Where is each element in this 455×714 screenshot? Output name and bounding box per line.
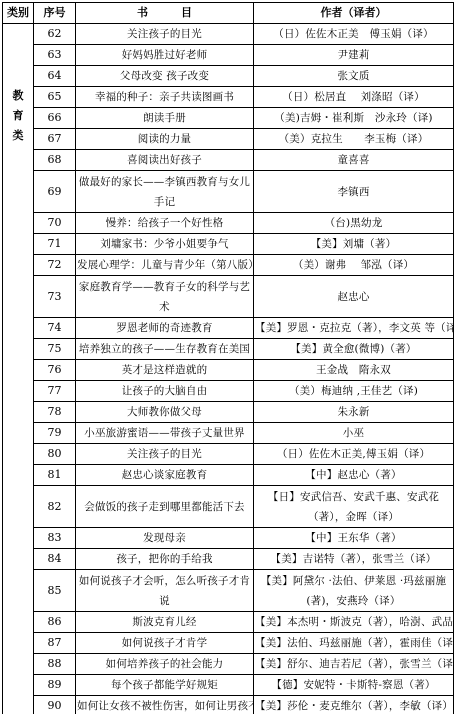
row-number: 85 (34, 570, 76, 612)
book-title: 如何说孩子才肯学 (76, 633, 254, 654)
book-title: 孩子，把你的手给我 (76, 549, 254, 570)
row-number: 83 (34, 528, 76, 549)
row-number: 69 (34, 171, 76, 213)
table-row: 80关注孩子的目光（日）佐佐木正美,傅玉娟（译） (3, 444, 454, 465)
table-row: 68喜阅读出好孩子童喜喜 (3, 150, 454, 171)
book-author: 尹建莉 (254, 45, 454, 66)
category-char: 育 (4, 106, 32, 126)
header-number: 序号 (34, 3, 76, 24)
category-char: 教 (4, 86, 32, 106)
book-title: 发展心理学：儿童与青少年（第八版） (76, 255, 254, 276)
book-title: 父母改变 孩子改变 (76, 66, 254, 87)
book-title: 罗恩老师的奇迹教育 (76, 318, 254, 339)
row-number: 90 (34, 696, 76, 714)
book-author: 【美】黄全愈(微博)（著） (254, 339, 454, 360)
table-row: 82会做饭的孩子走到哪里都能活下去【日】安武信吾、安武千惠、安武花（著），金晖（… (3, 486, 454, 528)
table-row: 88如何培养孩子的社会能力【美】舒尔、迪吉若尼（著），张雪兰（译) (3, 654, 454, 675)
book-title: 关注孩子的目光 (76, 444, 254, 465)
row-number: 88 (34, 654, 76, 675)
category-cell: 教育类 (3, 24, 34, 714)
header-title: 书 目 (76, 3, 254, 24)
book-author: （台)黑幼龙 (254, 213, 454, 234)
table-row: 73家庭教育学——教育子女的科学与艺术赵忠心 (3, 276, 454, 318)
book-title: 关注孩子的目光 (76, 24, 254, 45)
book-title: 大师教你做父母 (76, 402, 254, 423)
book-title: 赵忠心谈家庭教育 (76, 465, 254, 486)
header-author: 作者（译者） (254, 3, 454, 24)
table-row: 83发现母亲【中】王东华（著） (3, 528, 454, 549)
row-number: 66 (34, 108, 76, 129)
book-author: 【日】安武信吾、安武千惠、安武花（著），金晖（译） (254, 486, 454, 528)
row-number: 81 (34, 465, 76, 486)
table-row: 75培养独立的孩子——生存教育在美国【美】黄全愈(微博)（著） (3, 339, 454, 360)
book-author: 童喜喜 (254, 150, 454, 171)
book-author: 王金战 隋永双 (254, 360, 454, 381)
book-author: （日）松居直 刘涤昭（译） (254, 87, 454, 108)
table-row: 72发展心理学：儿童与青少年（第八版）（美）谢弗 邹泓（译） (3, 255, 454, 276)
row-number: 79 (34, 423, 76, 444)
row-number: 80 (34, 444, 76, 465)
table-row: 86斯波克育儿经【美】本杰明・斯波克（著），哈澍、武品 (3, 612, 454, 633)
row-number: 73 (34, 276, 76, 318)
table-row: 74罗恩老师的奇迹教育【美】罗恩・克拉克（著），李文英 等（译） (3, 318, 454, 339)
book-author: 【美】莎伦・麦克维尔（著），李敏（译） (254, 696, 454, 714)
table-row: 66朗读手册（美)吉姆・崔利斯 沙永玲（译) (3, 108, 454, 129)
book-author: 【美】刘墉（著） (254, 234, 454, 255)
table-row: 67阅读的力量（美）克拉生 李玉梅（译） (3, 129, 454, 150)
table-row: 79小巫旅游蜜语——带孩子丈量世界小巫 (3, 423, 454, 444)
book-author: （日）佐佐木正美,傅玉娟（译） (254, 444, 454, 465)
book-author: 【美】罗恩・克拉克（著），李文英 等（译） (254, 318, 454, 339)
row-number: 86 (34, 612, 76, 633)
table-row: 教育类62关注孩子的目光（日）佐佐木正美 傅玉娟（译） (3, 24, 454, 45)
row-number: 82 (34, 486, 76, 528)
book-author: 小巫 (254, 423, 454, 444)
book-author: （美）谢弗 邹泓（译） (254, 255, 454, 276)
book-author: 【中】王东华（著） (254, 528, 454, 549)
row-number: 71 (34, 234, 76, 255)
book-author: 【美】本杰明・斯波克（著），哈澍、武品 (254, 612, 454, 633)
row-number: 77 (34, 381, 76, 402)
book-title: 朗读手册 (76, 108, 254, 129)
table-row: 65幸福的种子：亲子共读图画书（日）松居直 刘涤昭（译） (3, 87, 454, 108)
book-author: 【美】吉诺特（著），张雪兰（译） (254, 549, 454, 570)
book-title: 每个孩子都能学好规矩 (76, 675, 254, 696)
table-row: 69做最好的家长——李镇西教育与女儿手记李镇西 (3, 171, 454, 213)
book-title: 喜阅读出好孩子 (76, 150, 254, 171)
book-author: 【美】阿黛尔 ·法伯、伊莱恩 ·玛兹丽施(著)，安燕玲（译） (254, 570, 454, 612)
book-title: 好妈妈胜过好老师 (76, 45, 254, 66)
row-number: 64 (34, 66, 76, 87)
book-title: 如何培养孩子的社会能力 (76, 654, 254, 675)
book-title: 发现母亲 (76, 528, 254, 549)
row-number: 75 (34, 339, 76, 360)
book-author: （美)吉姆・崔利斯 沙永玲（译) (254, 108, 454, 129)
book-author: 【美】法伯、玛兹丽施（著），霍雨佳（译) (254, 633, 454, 654)
header-row: 类别 序号 书 目 作者（译者） (3, 3, 454, 24)
book-title: 慢养：给孩子一个好性格 (76, 213, 254, 234)
book-title: 幸福的种子：亲子共读图画书 (76, 87, 254, 108)
table-row: 63好妈妈胜过好老师尹建莉 (3, 45, 454, 66)
book-author: （美）克拉生 李玉梅（译） (254, 129, 454, 150)
book-author: （日）佐佐木正美 傅玉娟（译） (254, 24, 454, 45)
book-title: 阅读的力量 (76, 129, 254, 150)
table-row: 76英才是这样造就的王金战 隋永双 (3, 360, 454, 381)
header-category: 类别 (3, 3, 34, 24)
row-number: 74 (34, 318, 76, 339)
book-title: 做最好的家长——李镇西教育与女儿手记 (76, 171, 254, 213)
book-title: 如何说孩子才会听，怎么听孩子才肯说 (76, 570, 254, 612)
table-row: 78大师教你做父母朱永新 (3, 402, 454, 423)
row-number: 89 (34, 675, 76, 696)
row-number: 62 (34, 24, 76, 45)
book-title: 培养独立的孩子——生存教育在美国 (76, 339, 254, 360)
row-number: 68 (34, 150, 76, 171)
row-number: 78 (34, 402, 76, 423)
row-number: 84 (34, 549, 76, 570)
book-title: 家庭教育学——教育子女的科学与艺术 (76, 276, 254, 318)
book-author: 李镇西 (254, 171, 454, 213)
book-list-table: 类别 序号 书 目 作者（译者） 教育类62关注孩子的目光（日）佐佐木正美 傅玉… (2, 2, 454, 714)
book-title: 会做饭的孩子走到哪里都能活下去 (76, 486, 254, 528)
book-author: 张文质 (254, 66, 454, 87)
book-title: 小巫旅游蜜语——带孩子丈量世界 (76, 423, 254, 444)
row-number: 67 (34, 129, 76, 150)
book-author: 【中】赵忠心（著） (254, 465, 454, 486)
book-author: （美）梅迪纳 ,王佳艺（译) (254, 381, 454, 402)
book-author: 朱永新 (254, 402, 454, 423)
row-number: 63 (34, 45, 76, 66)
table-row: 77让孩子的大脑自由（美）梅迪纳 ,王佳艺（译) (3, 381, 454, 402)
table-row: 84孩子，把你的手给我【美】吉诺特（著），张雪兰（译） (3, 549, 454, 570)
category-char: 类 (4, 126, 32, 146)
table-row: 87如何说孩子才肯学【美】法伯、玛兹丽施（著），霍雨佳（译) (3, 633, 454, 654)
book-author: 【美】舒尔、迪吉若尼（著），张雪兰（译) (254, 654, 454, 675)
table-row: 81赵忠心谈家庭教育【中】赵忠心（著） (3, 465, 454, 486)
row-number: 65 (34, 87, 76, 108)
table-row: 71刘墉家书：少爷小姐要争气【美】刘墉（著） (3, 234, 454, 255)
book-title: 如何让女孩不被性伤害，如何让男孩不 (76, 696, 254, 714)
row-number: 72 (34, 255, 76, 276)
row-number: 87 (34, 633, 76, 654)
table-row: 70慢养：给孩子一个好性格（台)黑幼龙 (3, 213, 454, 234)
book-author: 【德】安妮特・卡斯特-察恩（著） (254, 675, 454, 696)
book-author: 赵忠心 (254, 276, 454, 318)
book-title: 斯波克育儿经 (76, 612, 254, 633)
row-number: 76 (34, 360, 76, 381)
book-title: 刘墉家书：少爷小姐要争气 (76, 234, 254, 255)
book-title: 英才是这样造就的 (76, 360, 254, 381)
table-row: 90如何让女孩不被性伤害，如何让男孩不【美】莎伦・麦克维尔（著），李敏（译） (3, 696, 454, 714)
table-row: 64父母改变 孩子改变张文质 (3, 66, 454, 87)
table-row: 89每个孩子都能学好规矩【德】安妮特・卡斯特-察恩（著） (3, 675, 454, 696)
table-body: 教育类62关注孩子的目光（日）佐佐木正美 傅玉娟（译）63好妈妈胜过好老师尹建莉… (3, 24, 454, 714)
book-title: 让孩子的大脑自由 (76, 381, 254, 402)
row-number: 70 (34, 213, 76, 234)
table-row: 85如何说孩子才会听，怎么听孩子才肯说【美】阿黛尔 ·法伯、伊莱恩 ·玛兹丽施(… (3, 570, 454, 612)
